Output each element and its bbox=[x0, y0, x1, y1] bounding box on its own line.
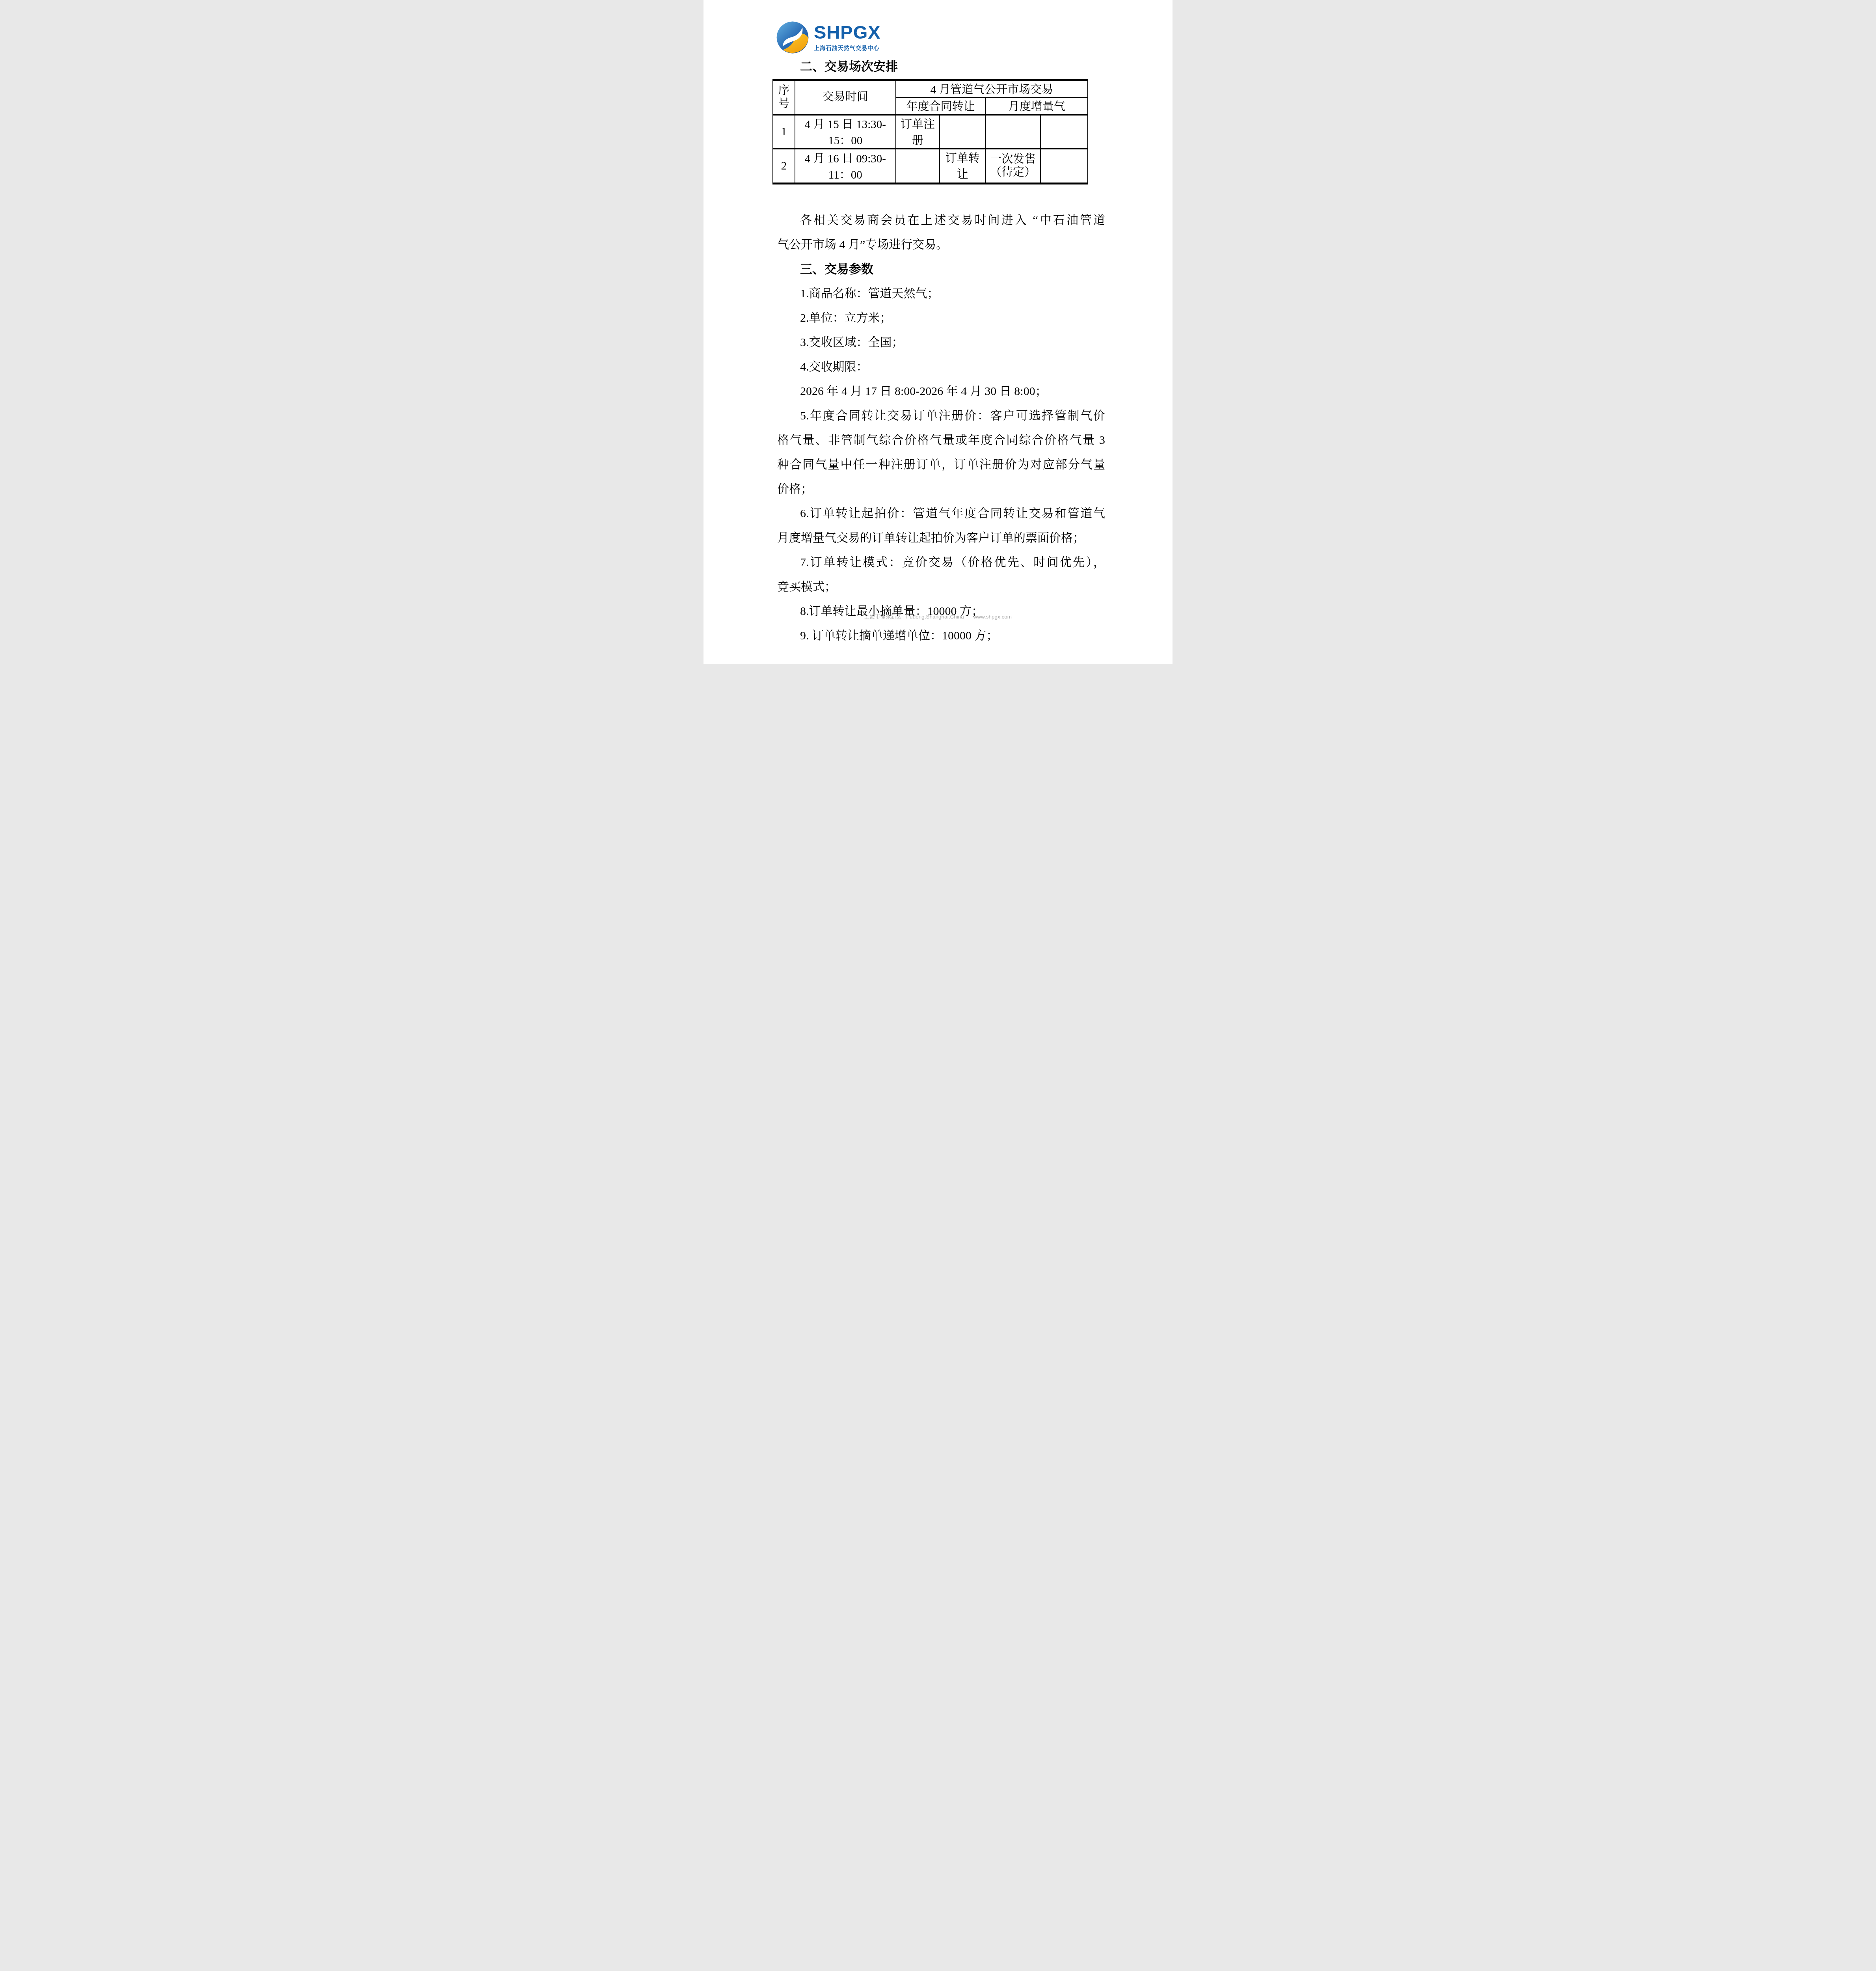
header-annual-contract: 年度合同转让 bbox=[896, 97, 986, 115]
cell-monthly-a-1 bbox=[985, 115, 1040, 149]
item-2-unit: 2.单位：立方米； bbox=[777, 306, 1105, 330]
cell-monthly-b-2 bbox=[1040, 149, 1088, 184]
brand-name: SHPGX bbox=[814, 23, 881, 41]
cell-time-1: 4 月 15 日 13:30-15：00 bbox=[795, 115, 896, 149]
cell-annual-a-1: 订单注册 bbox=[896, 115, 940, 149]
item-5-line3: 种合同气量中任一种注册订单，订单注册价为对应部分气量 bbox=[777, 453, 1105, 477]
item-7-line2: 竞买模式； bbox=[777, 575, 1105, 599]
footer-location-en: Pudong,Shanghai,China bbox=[906, 614, 964, 620]
trading-schedule-table: 序 号 交易时间 4 月管道气公开市场交易 年度合同转让 月度增量气 1 4 月… bbox=[772, 79, 1088, 184]
item-7-line1: 7.订单转让模式：竞价交易（价格优先、时间优先）， bbox=[777, 550, 1105, 575]
item-5-line4: 价格； bbox=[777, 477, 1105, 501]
cell-monthly-b-1 bbox=[1040, 115, 1088, 149]
cell-annual-a-2 bbox=[896, 149, 940, 184]
table-row-2: 2 4 月 16 日 09:30-11：00 订单转让 一次发售 （待定） bbox=[773, 149, 1088, 184]
section-heading-parameters: 三、交易参数 bbox=[777, 257, 1105, 281]
para-members-line2: 气公开市场 4 月”专场进行交易。 bbox=[777, 233, 1105, 257]
cell-time-2: 4 月 16 日 09:30-11：00 bbox=[795, 149, 896, 184]
brand-subtitle: 上海石油天然气交易中心 bbox=[814, 44, 881, 52]
section-heading-trading-sessions: 二、交易场次安排 bbox=[800, 59, 1172, 74]
page-footer: 上海市浦东新区 Pudong,Shanghai,China www.shpgx.… bbox=[703, 612, 1172, 620]
item-9-increment: 9. 订单转让摘单递增单位：10000 方； bbox=[777, 624, 1105, 648]
item-5-line1: 5.年度合同转让交易订单注册价：客户可选择管制气价 bbox=[777, 404, 1105, 428]
para-members-line1: 各相关交易商会员在上述交易时间进入 “中石油管道 bbox=[777, 208, 1105, 233]
cell-monthly-a-2: 一次发售 （待定） bbox=[985, 149, 1040, 184]
header-serial: 序 号 bbox=[773, 80, 795, 115]
item-4-delivery-period: 4.交收期限： bbox=[777, 355, 1105, 379]
document-body: 各相关交易商会员在上述交易时间进入 “中石油管道 气公开市场 4 月”专场进行交… bbox=[777, 208, 1105, 648]
header-market: 4 月管道气公开市场交易 bbox=[896, 80, 1088, 98]
item-6-line1: 6.订单转让起拍价：管道气年度合同转让交易和管道气 bbox=[777, 501, 1105, 526]
cell-serial-1: 1 bbox=[773, 115, 795, 149]
shpgx-sphere-icon bbox=[776, 20, 810, 54]
logo-text-block: SHPGX 上海石油天然气交易中心 bbox=[814, 23, 881, 52]
item-5-line2: 格气量、非管制气综合价格气量或年度合同综合价格气量 3 bbox=[777, 428, 1105, 453]
item-1-commodity: 1.商品名称：管道天然气； bbox=[777, 281, 1105, 306]
cell-annual-b-2: 订单转让 bbox=[940, 149, 985, 184]
table-row-1: 1 4 月 15 日 13:30-15：00 订单注册 bbox=[773, 115, 1088, 149]
cell-serial-2: 2 bbox=[773, 149, 795, 184]
item-3-delivery-area: 3.交收区域：全国； bbox=[777, 330, 1105, 355]
item-4-dates: 2026 年 4 月 17 日 8:00-2026 年 4 月 30 日 8:0… bbox=[777, 379, 1105, 404]
header-monthly-gas: 月度增量气 bbox=[985, 97, 1088, 115]
item-6-line2: 月度增量气交易的订单转让起拍价为客户订单的票面价格； bbox=[777, 526, 1105, 550]
header-time: 交易时间 bbox=[795, 80, 896, 115]
footer-website: www.shpgx.com bbox=[973, 614, 1012, 620]
document-page: SHPGX 上海石油天然气交易中心 二、交易场次安排 序 号 交易时间 4 月管… bbox=[703, 0, 1172, 664]
shpgx-logo: SHPGX 上海石油天然气交易中心 bbox=[776, 20, 881, 54]
footer-location-cn: 上海市浦东新区 bbox=[864, 614, 902, 620]
cell-annual-b-1 bbox=[940, 115, 985, 149]
